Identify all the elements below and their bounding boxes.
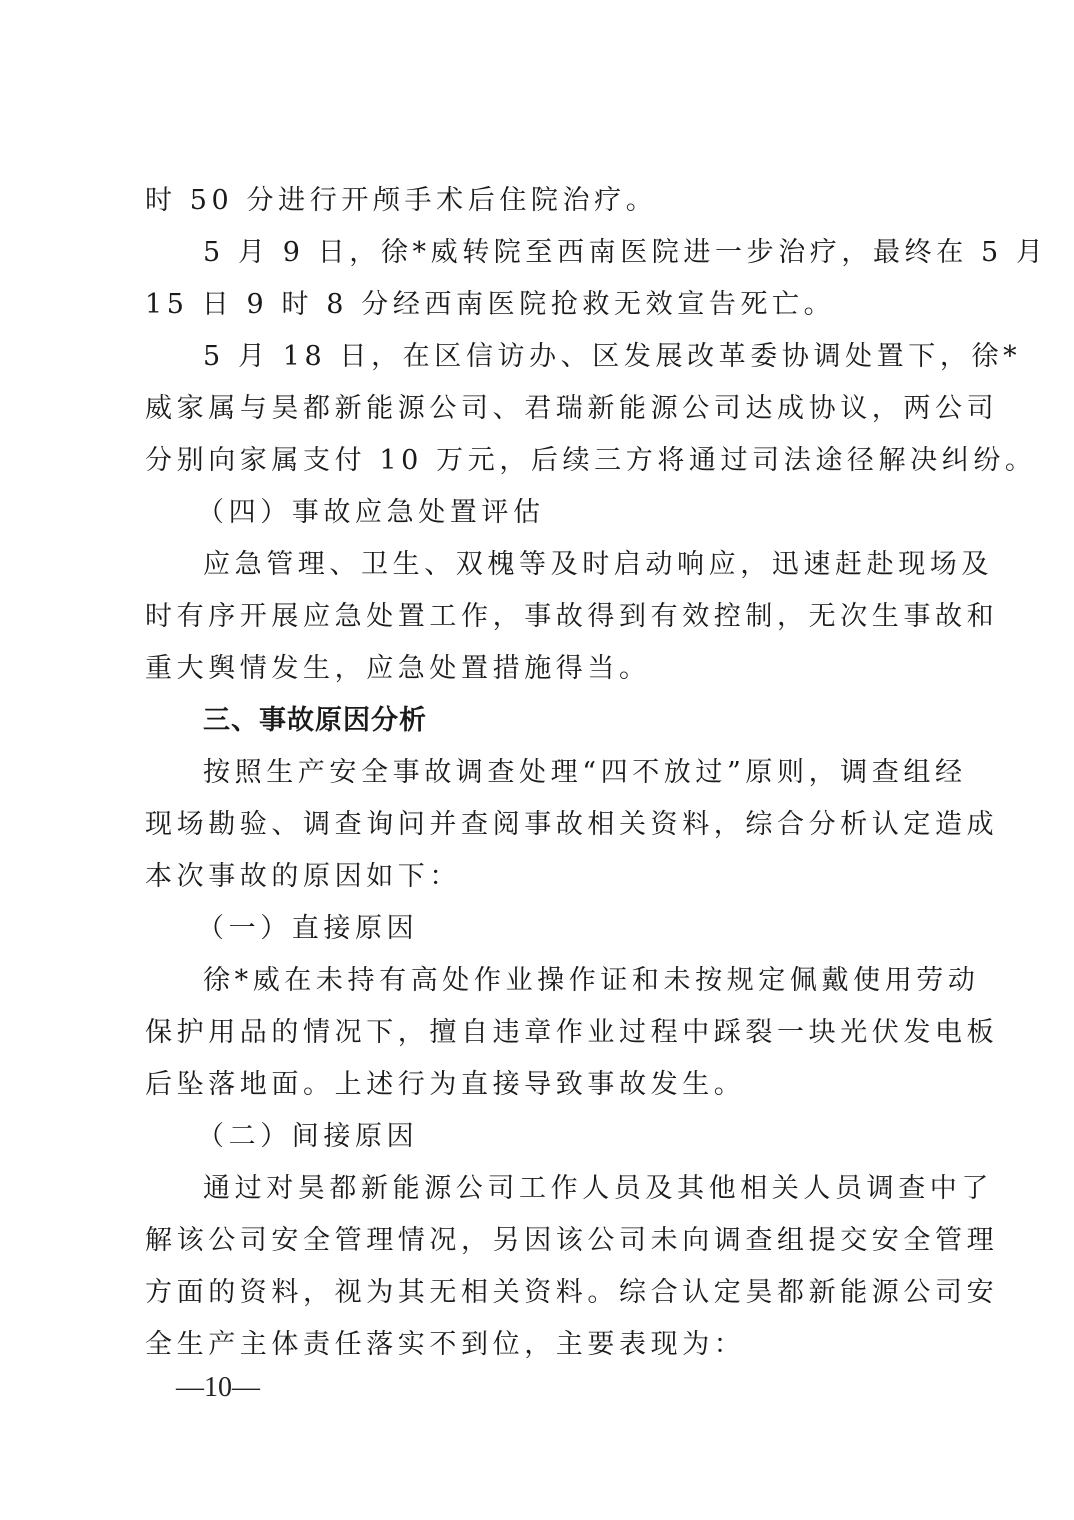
paragraph-line: 后坠落地面。上述行为直接导致事故发生。 (145, 1059, 930, 1111)
paragraph-line: 徐*威在未持有高处作业操作证和未按规定佩戴使用劳动 (145, 955, 930, 1007)
paragraph-line: 威家属与昊都新能源公司、君瑞新能源公司达成协议，两公司 (145, 383, 930, 435)
paragraph-line: 全生产主体责任落实不到位，主要表现为： (145, 1319, 930, 1371)
paragraph-line: 本次事故的原因如下： (145, 851, 930, 903)
paragraph-line: 保护用品的情况下，擅自违章作业过程中踩裂一块光伏发电板 (145, 1007, 930, 1059)
paragraph-line: 5 月 9 日，徐*威转院至西南医院进一步治疗，最终在 5 月 (145, 227, 930, 279)
section-subheading: （一）直接原因 (145, 903, 930, 955)
paragraph-line: 时 50 分进行开颅手术后住院治疗。 (145, 175, 930, 227)
paragraph-line: 方面的资料，视为其无相关资料。综合认定昊都新能源公司安 (145, 1267, 930, 1319)
paragraph-line: 应急管理、卫生、双槐等及时启动响应，迅速赶赴现场及 (145, 539, 930, 591)
section-subheading: （二）间接原因 (145, 1111, 930, 1163)
section-subheading: （四）事故应急处置评估 (145, 487, 930, 539)
section-heading: 三、事故原因分析 (145, 695, 930, 747)
paragraph-line: 按照生产安全事故调查处理“四不放过”原则，调查组经 (145, 747, 930, 799)
paragraph-line: 现场勘验、调查询问并查阅事故相关资料，综合分析认定造成 (145, 799, 930, 851)
page-number: —10— (176, 1372, 260, 1404)
paragraph-line: 解该公司安全管理情况，另因该公司未向调查组提交安全管理 (145, 1215, 930, 1267)
paragraph-line: 时有序开展应急处置工作，事故得到有效控制，无次生事故和 (145, 591, 930, 643)
document-page: 时 50 分进行开颅手术后住院治疗。 5 月 9 日，徐*威转院至西南医院进一步… (145, 175, 930, 1371)
paragraph-line: 重大舆情发生，应急处置措施得当。 (145, 643, 930, 695)
paragraph-line: 通过对昊都新能源公司工作人员及其他相关人员调查中了 (145, 1163, 930, 1215)
paragraph-line: 15 日 9 时 8 分经西南医院抢救无效宣告死亡。 (145, 279, 930, 331)
paragraph-line: 5 月 18 日，在区信访办、区发展改革委协调处置下，徐* (145, 331, 930, 383)
paragraph-line: 分别向家属支付 10 万元，后续三方将通过司法途径解决纠纷。 (145, 435, 930, 487)
